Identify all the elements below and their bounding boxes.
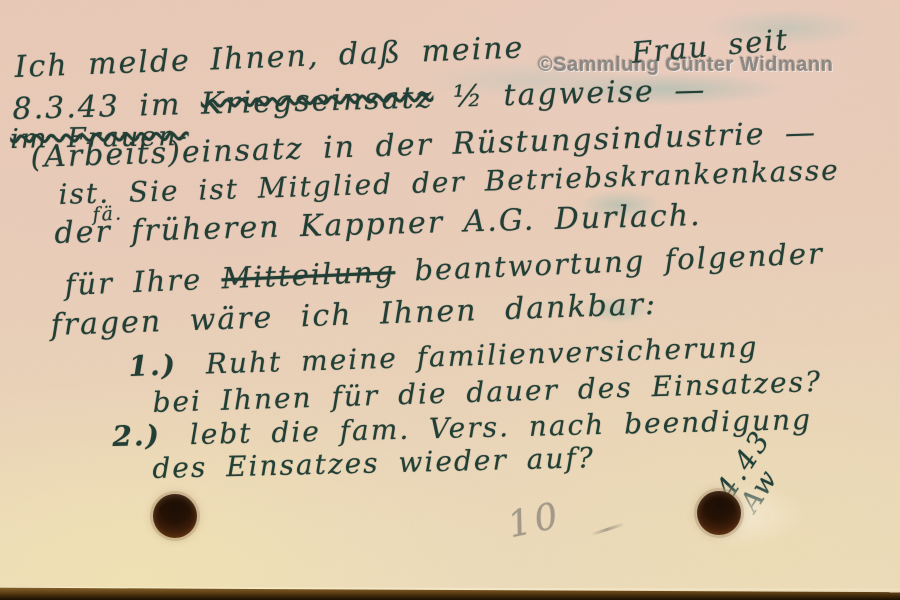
list-number: 2.) (112, 419, 161, 453)
pencil-stroke (590, 523, 623, 536)
handwriting-text: für Ihre (64, 262, 203, 302)
crossed-out-word: Mitteilung (221, 254, 396, 295)
handwriting-line-1: Ich melde Ihnen, daß meine (14, 30, 525, 85)
pencil-page-number: 10 (504, 495, 565, 546)
crossed-out-word: Kriegseinsatz (200, 80, 433, 121)
photographed-document: ©Sammlung Günter Widmann Ich melde Ihnen… (0, 0, 900, 600)
punch-hole-left (153, 494, 197, 538)
handwriting-text: ½ tagweise — (452, 73, 706, 115)
punch-hole-right (697, 491, 741, 535)
list-number: 1.) (128, 348, 177, 383)
handwriting-text: beantwortung folgender (414, 236, 825, 287)
